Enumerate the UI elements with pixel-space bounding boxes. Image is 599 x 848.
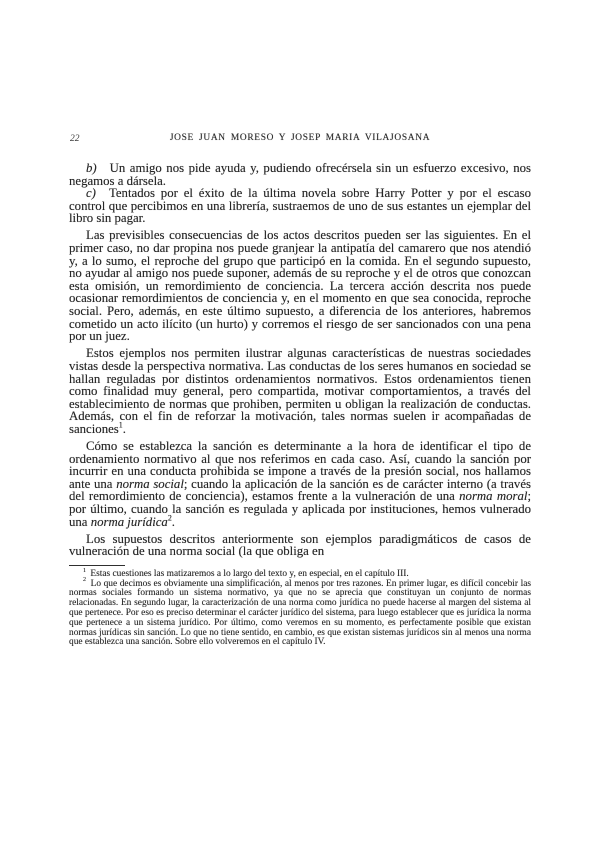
- footnote-separator: [69, 565, 125, 566]
- paragraph: Las previsibles consecuencias de los act…: [69, 229, 531, 342]
- paragraph: Cómo se establezca la sanción es determi…: [69, 440, 531, 528]
- footnote: 2 Lo que decimos es obviamente una simpl…: [69, 580, 531, 649]
- paragraph: b)Un amigo nos pide ayuda y, pudiendo of…: [69, 162, 531, 187]
- page-content: 22 JOSE JUAN MORESO Y JOSEP MARIA VILAJO…: [69, 133, 531, 648]
- footnote-text: Lo que decimos es obviamente una simplif…: [69, 579, 531, 648]
- running-head-title: JOSE JUAN MORESO Y JOSEP MARIA VILAJOSAN…: [69, 133, 531, 143]
- text-segment: .: [172, 515, 175, 529]
- running-header: 22 JOSE JUAN MORESO Y JOSEP MARIA VILAJO…: [69, 133, 531, 146]
- text-segment: Los supuestos descritos anteriormente so…: [69, 532, 531, 559]
- text-segment: Un amigo nos pide ayuda y, pudiendo ofre…: [69, 161, 531, 188]
- footnote-text: Estas cuestiones las matizaremos a lo la…: [88, 569, 409, 579]
- page-number: 22: [70, 134, 80, 144]
- text-segment: Tentados por el éxito de la última novel…: [69, 186, 531, 225]
- text-segment: Estos ejemplos nos permiten ilustrar alg…: [69, 346, 531, 436]
- paragraph: Los supuestos descritos anteriormente so…: [69, 533, 531, 558]
- scanned-book-page: 22 JOSE JUAN MORESO Y JOSEP MARIA VILAJO…: [0, 0, 599, 848]
- text-segment: .: [123, 422, 126, 436]
- body-text: b)Un amigo nos pide ayuda y, pudiendo of…: [69, 162, 531, 558]
- paragraph: c)Tentados por el éxito de la última nov…: [69, 187, 531, 225]
- italic-term: norma jurídica: [91, 515, 168, 529]
- footnotes-section: 1 Estas cuestiones las matizaremos a lo …: [69, 565, 531, 648]
- text-segment: Las previsibles consecuencias de los act…: [69, 228, 531, 343]
- paragraph: Estos ejemplos nos permiten ilustrar alg…: [69, 347, 531, 435]
- footnote-list: 1 Estas cuestiones las matizaremos a lo …: [69, 570, 531, 648]
